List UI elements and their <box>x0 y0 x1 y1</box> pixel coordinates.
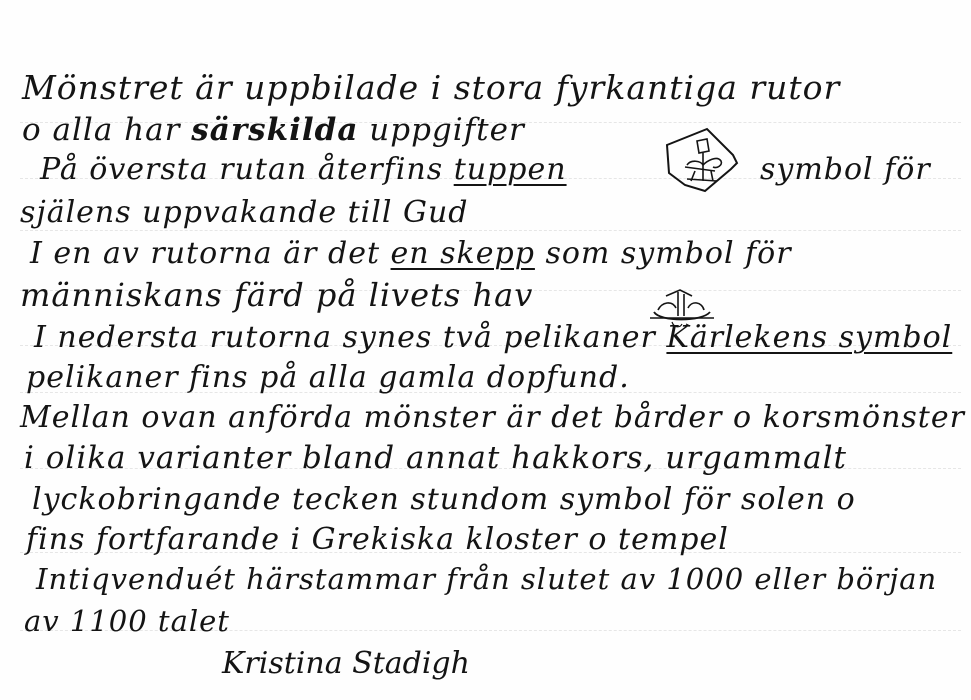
text-line-9: Mellan ovan anförda mönster är det bårde… <box>20 400 965 435</box>
text-line-2: o alla har särskilda uppgifter <box>22 112 525 148</box>
rooster-sketch-icon <box>655 125 745 195</box>
handwritten-letter-page: Mönstret är uppbilade i stora fyrkantiga… <box>0 0 971 700</box>
text-line-12: fins fortfarande i Grekiska kloster o te… <box>26 522 729 557</box>
underlined-word: en skepp <box>391 236 535 271</box>
text-line-8: pelikaner fins på alla gamla dopfund. <box>26 360 630 395</box>
text-line-5: I en av rutorna är det en skepp som symb… <box>30 236 792 271</box>
underlined-word: Kärlekens symbol <box>666 320 952 355</box>
text-segment: På översta rutan återfins <box>40 152 454 187</box>
text-line-7: I nedersta rutorna synes två pelikaner K… <box>34 320 952 355</box>
text-line-1: Mönstret är uppbilade i stora fyrkantiga… <box>22 68 840 107</box>
text-line-6: människans färd på livets hav <box>20 276 533 314</box>
text-segment: som symbol för <box>535 236 792 271</box>
text-line-3-end: symbol för <box>760 152 931 187</box>
text-line-3: På översta rutan återfins tuppen <box>40 152 567 187</box>
text-line-13: Intiqvenduét härstammar från slutet av 1… <box>36 562 937 596</box>
text-line-11: lyckobringande tecken stundom symbol för… <box>32 482 856 517</box>
emphasized-word: särskilda <box>191 112 358 148</box>
text-line-4: själens uppvakande till Gud <box>20 195 469 230</box>
text-segment: I nedersta rutorna synes två pelikaner <box>34 320 666 355</box>
ruling-line <box>20 230 961 231</box>
text-segment: uppgifter <box>358 112 524 148</box>
text-segment: o alla har <box>22 112 191 148</box>
text-segment: I en av rutorna är det <box>30 236 391 271</box>
text-line-14: av 1100 talet <box>24 604 230 638</box>
signature: Kristina Stadigh <box>222 646 470 681</box>
text-line-10: i olika varianter bland annat hakkors, u… <box>24 440 847 476</box>
underlined-word: tuppen <box>454 152 567 187</box>
